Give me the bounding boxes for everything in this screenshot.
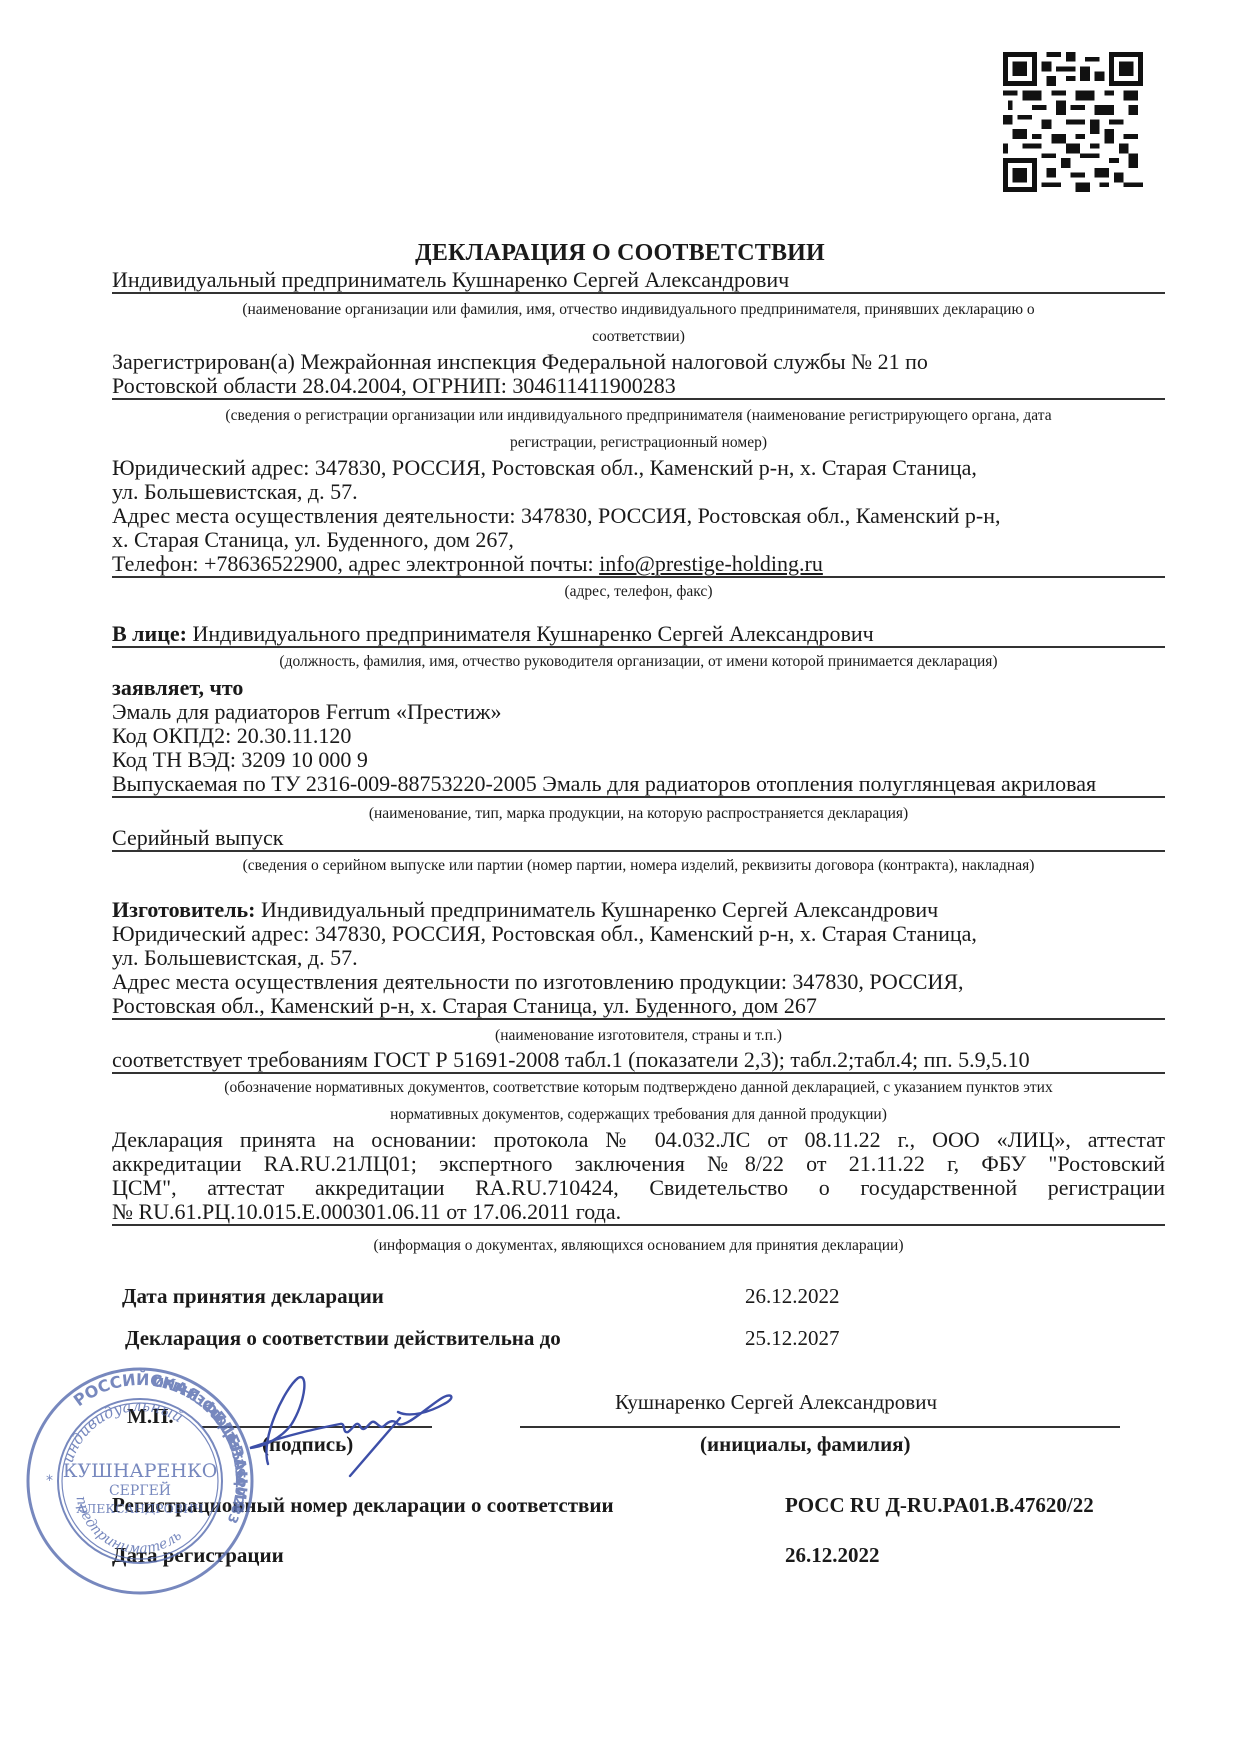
document-title: ДЕКЛАРАЦИЯ О СООТВЕТСТВИИ	[0, 240, 1240, 267]
tnved-code: Код ТН ВЭД: 3209 10 000 9	[112, 748, 1165, 772]
signer-caption: (инициалы, фамилия)	[700, 1432, 911, 1457]
okpd2-code: Код ОКПД2: 20.30.11.120	[112, 724, 1165, 748]
registration-number-value: РОСС RU Д-RU.PA01.B.47620/22	[785, 1493, 1094, 1518]
representative-field: В лице: Индивидуального предпринимателя …	[112, 622, 1165, 648]
product-name: Эмаль для радиаторов Ferrum «Престиж»	[112, 700, 1165, 724]
svg-text:индивидуальный: индивидуальный	[59, 1397, 187, 1465]
applicant-field: Индивидуальный предприниматель Кушнаренк…	[112, 268, 1165, 294]
official-stamp: РОССИЙСКАЯ ФЕДЕРАЦИЯ ИНН 614000055062 ОГ…	[24, 1365, 256, 1597]
svg-text:АЛЕКСАНДРОВИЧ: АЛЕКСАНДРОВИЧ	[76, 1501, 204, 1516]
declares-label: заявляет, что	[112, 676, 243, 700]
address-caption: (адрес, телефон, факс)	[112, 578, 1165, 605]
accepted-date-value: 26.12.2022	[745, 1284, 840, 1309]
representative-label: В лице:	[112, 621, 187, 646]
signer-name-line	[520, 1426, 1120, 1428]
applicant-caption: (наименование организации или фамилия, и…	[112, 296, 1165, 350]
basis-caption: (информация о документах, являющихся осн…	[112, 1232, 1165, 1259]
signer-name: Кушнаренко Сергей Александрович	[615, 1390, 937, 1415]
applicant-name: Индивидуальный предприниматель Кушнаренк…	[112, 268, 1165, 292]
basis-field: Декларация принята на основании: протоко…	[112, 1128, 1165, 1226]
representative-value: Индивидуального предпринимателя Кушнарен…	[187, 621, 874, 646]
registration-caption: (сведения о регистрации организации или …	[112, 402, 1165, 456]
conformity-field: соответствует требованиям ГОСТ Р 51691-2…	[112, 1048, 1165, 1074]
svg-text:СЕРГЕЙ: СЕРГЕЙ	[109, 1480, 171, 1499]
contact-line: Телефон: +78636522900, адрес электронной…	[112, 552, 1165, 576]
svg-text:*: *	[46, 1473, 53, 1489]
valid-until-label: Декларация о соответствии действительна …	[125, 1326, 561, 1351]
address-field: Юридический адрес: 347830, РОССИЯ, Росто…	[112, 456, 1165, 578]
representative-caption: (должность, фамилия, имя, отчество руков…	[112, 648, 1165, 675]
handwritten-signature	[230, 1368, 470, 1478]
manufacturer-caption: (наименование изготовителя, страны и т.п…	[112, 1022, 1165, 1049]
product-caption: (наименование, тип, марка продукции, на …	[112, 800, 1165, 827]
valid-until-value: 25.12.2027	[745, 1326, 840, 1351]
conformity-caption: (обозначение нормативных документов, соо…	[112, 1074, 1165, 1128]
product-field: Эмаль для радиаторов Ferrum «Престиж» Ко…	[112, 700, 1165, 798]
registration-date-value: 26.12.2022	[785, 1543, 880, 1568]
svg-text:КУШНАРЕНКО: КУШНАРЕНКО	[63, 1460, 218, 1482]
manufacturer-label: Изготовитель:	[112, 897, 256, 922]
tu-spec: Выпускаемая по ТУ 2316-009-88753220-2005…	[112, 772, 1165, 796]
batch-caption: (сведения о серийном выпуске или партии …	[112, 852, 1165, 879]
manufacturer-field: Изготовитель: Индивидуальный предпринима…	[112, 898, 1165, 1020]
email-link[interactable]: info@prestige-holding.ru	[599, 551, 823, 576]
manufacturer-name: Индивидуальный предприниматель Кушнаренк…	[256, 897, 939, 922]
accepted-date-label: Дата принятия декларации	[122, 1284, 384, 1309]
batch-field: Серийный выпуск	[112, 826, 1165, 852]
qr-code-icon	[1003, 52, 1143, 192]
registration-field: Зарегистрирован(а) Межрайонная инспекция…	[112, 350, 1165, 400]
